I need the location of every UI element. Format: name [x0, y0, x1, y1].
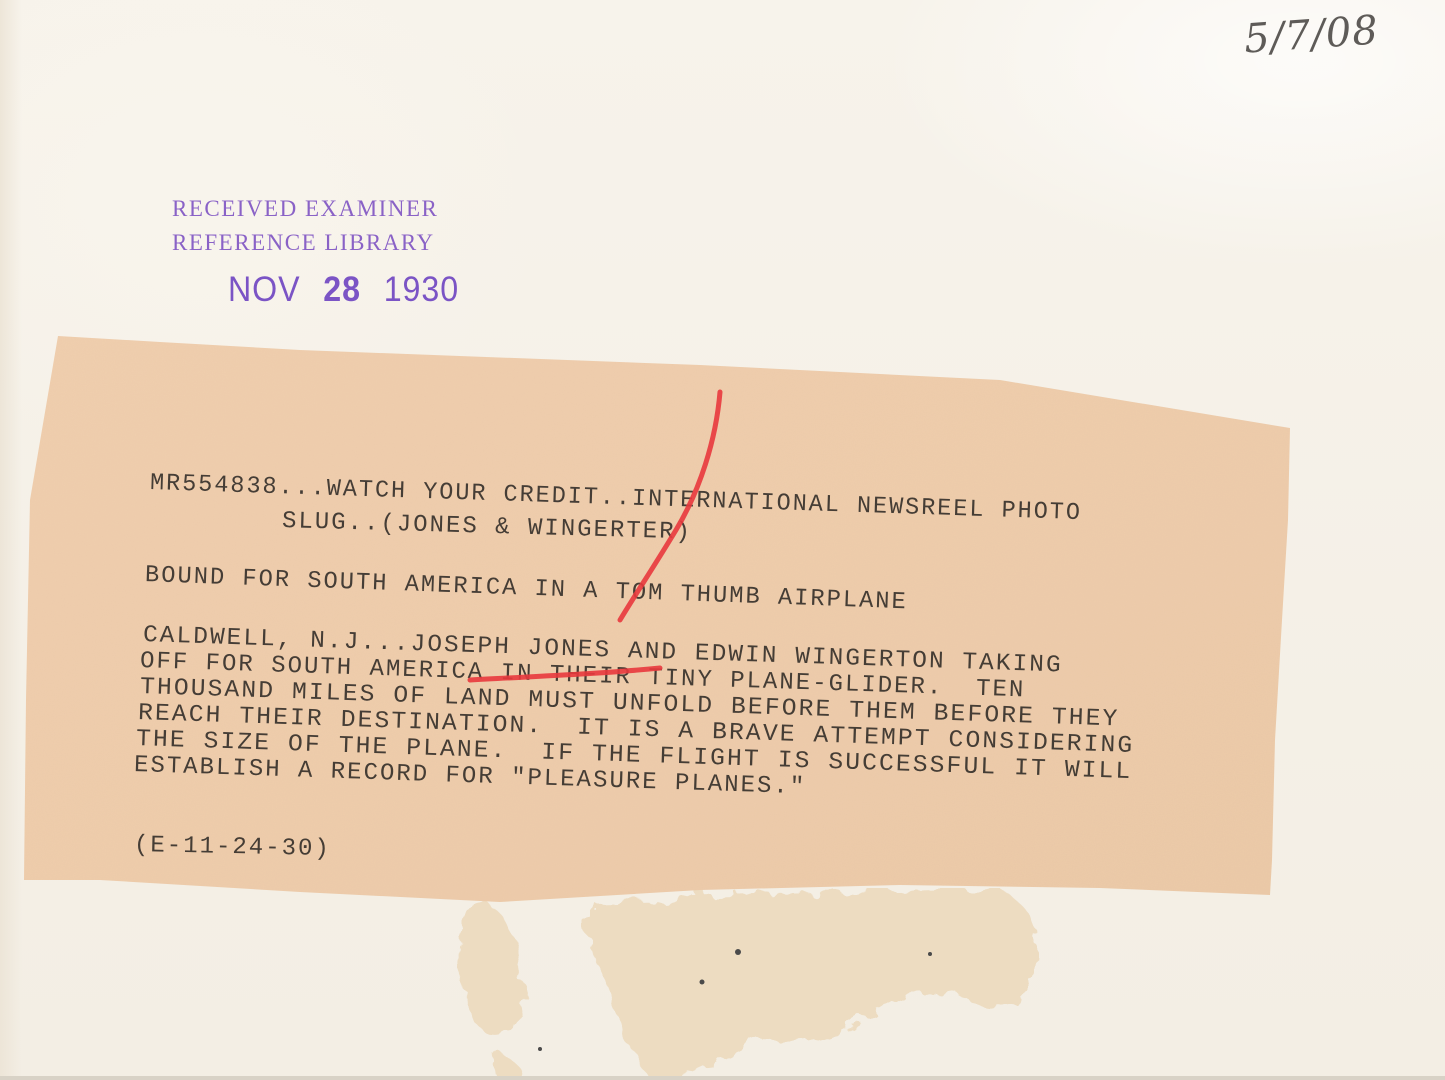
caption-body-line-4: REACH THEIR DESTINATION. IT IS A BRAVE A…: [138, 700, 1135, 760]
page-bottom-edge: [0, 1076, 1445, 1080]
handwritten-date: 5/7/08: [1243, 7, 1381, 62]
stamp-month: NOV: [228, 270, 301, 309]
glue-stain: [440, 888, 1100, 1080]
stamp-year: 1930: [384, 270, 459, 309]
page-left-edge: [0, 0, 22, 1080]
caption-code: (E-11-24-30): [134, 832, 331, 863]
stamp-line-2: REFERENCE LIBRARY: [172, 226, 493, 260]
caption-headline: BOUND FOR SOUTH AMERICA IN A TOM THUMB A…: [145, 562, 909, 616]
received-stamp: RECEIVED EXAMINER REFERENCE LIBRARY NOV …: [172, 192, 493, 310]
stamp-day: 28: [323, 270, 361, 309]
stamp-line-1: RECEIVED EXAMINER: [172, 192, 493, 226]
caption-body-line-6: ESTABLISH A RECORD FOR "PLEASURE PLANES.…: [134, 752, 807, 801]
caption-body-line-1: CALDWELL, N.J...JOSEPH JONES AND EDWIN W…: [143, 622, 1064, 679]
caption-header-line-1: MR554838...WATCH YOUR CREDIT..INTERNATIO…: [150, 470, 1083, 527]
stamp-date: NOV 28 1930: [228, 270, 472, 310]
caption-body-line-3: THOUSAND MILES OF LAND MUST UNFOLD BEFOR…: [140, 674, 1120, 733]
caption-body-line-2: OFF FOR SOUTH AMERICA IN THEIR TINY PLAN…: [140, 648, 1026, 704]
caption-body-line-5: THE SIZE OF THE PLANE. IF THE FLIGHT IS …: [136, 726, 1133, 786]
caption-header-line-2: SLUG..(JONES & WINGERTER): [282, 508, 693, 546]
